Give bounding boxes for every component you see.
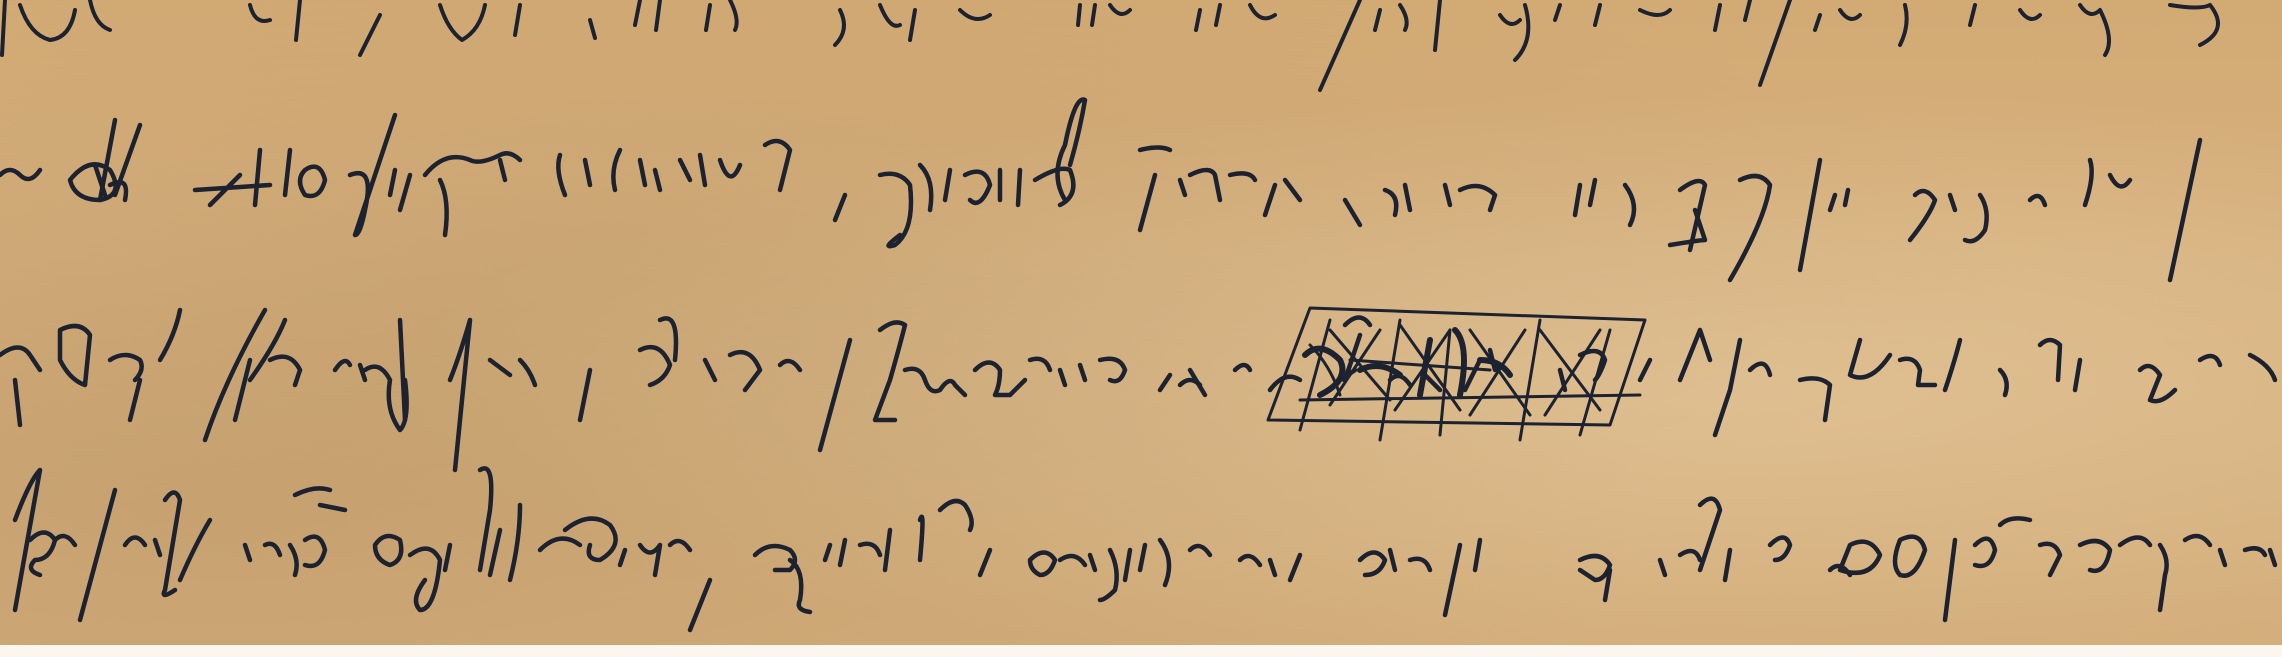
manuscript-line-0: top line, partially cut off at top edge (2264, 10, 2282, 11)
manuscript-page: top line, partially cut off at top edge … (0, 0, 2282, 645)
handwriting-strokes (0, 0, 2282, 645)
line-3-strokes (15, 468, 2275, 630)
manuscript-line-1: second line, ends with comma-separated w… (2258, 175, 2282, 176)
line-1-strokes (0, 100, 2200, 280)
line-0-strokes (2, 0, 2218, 90)
bottom-margin (0, 645, 2282, 657)
manuscript-line-2: third line, contains a crossed-out word … (2252, 365, 2282, 366)
line-2-strokes (0, 308, 2275, 470)
manuscript-line-3: fourth line, bottom, partially cut off (2264, 550, 2282, 551)
